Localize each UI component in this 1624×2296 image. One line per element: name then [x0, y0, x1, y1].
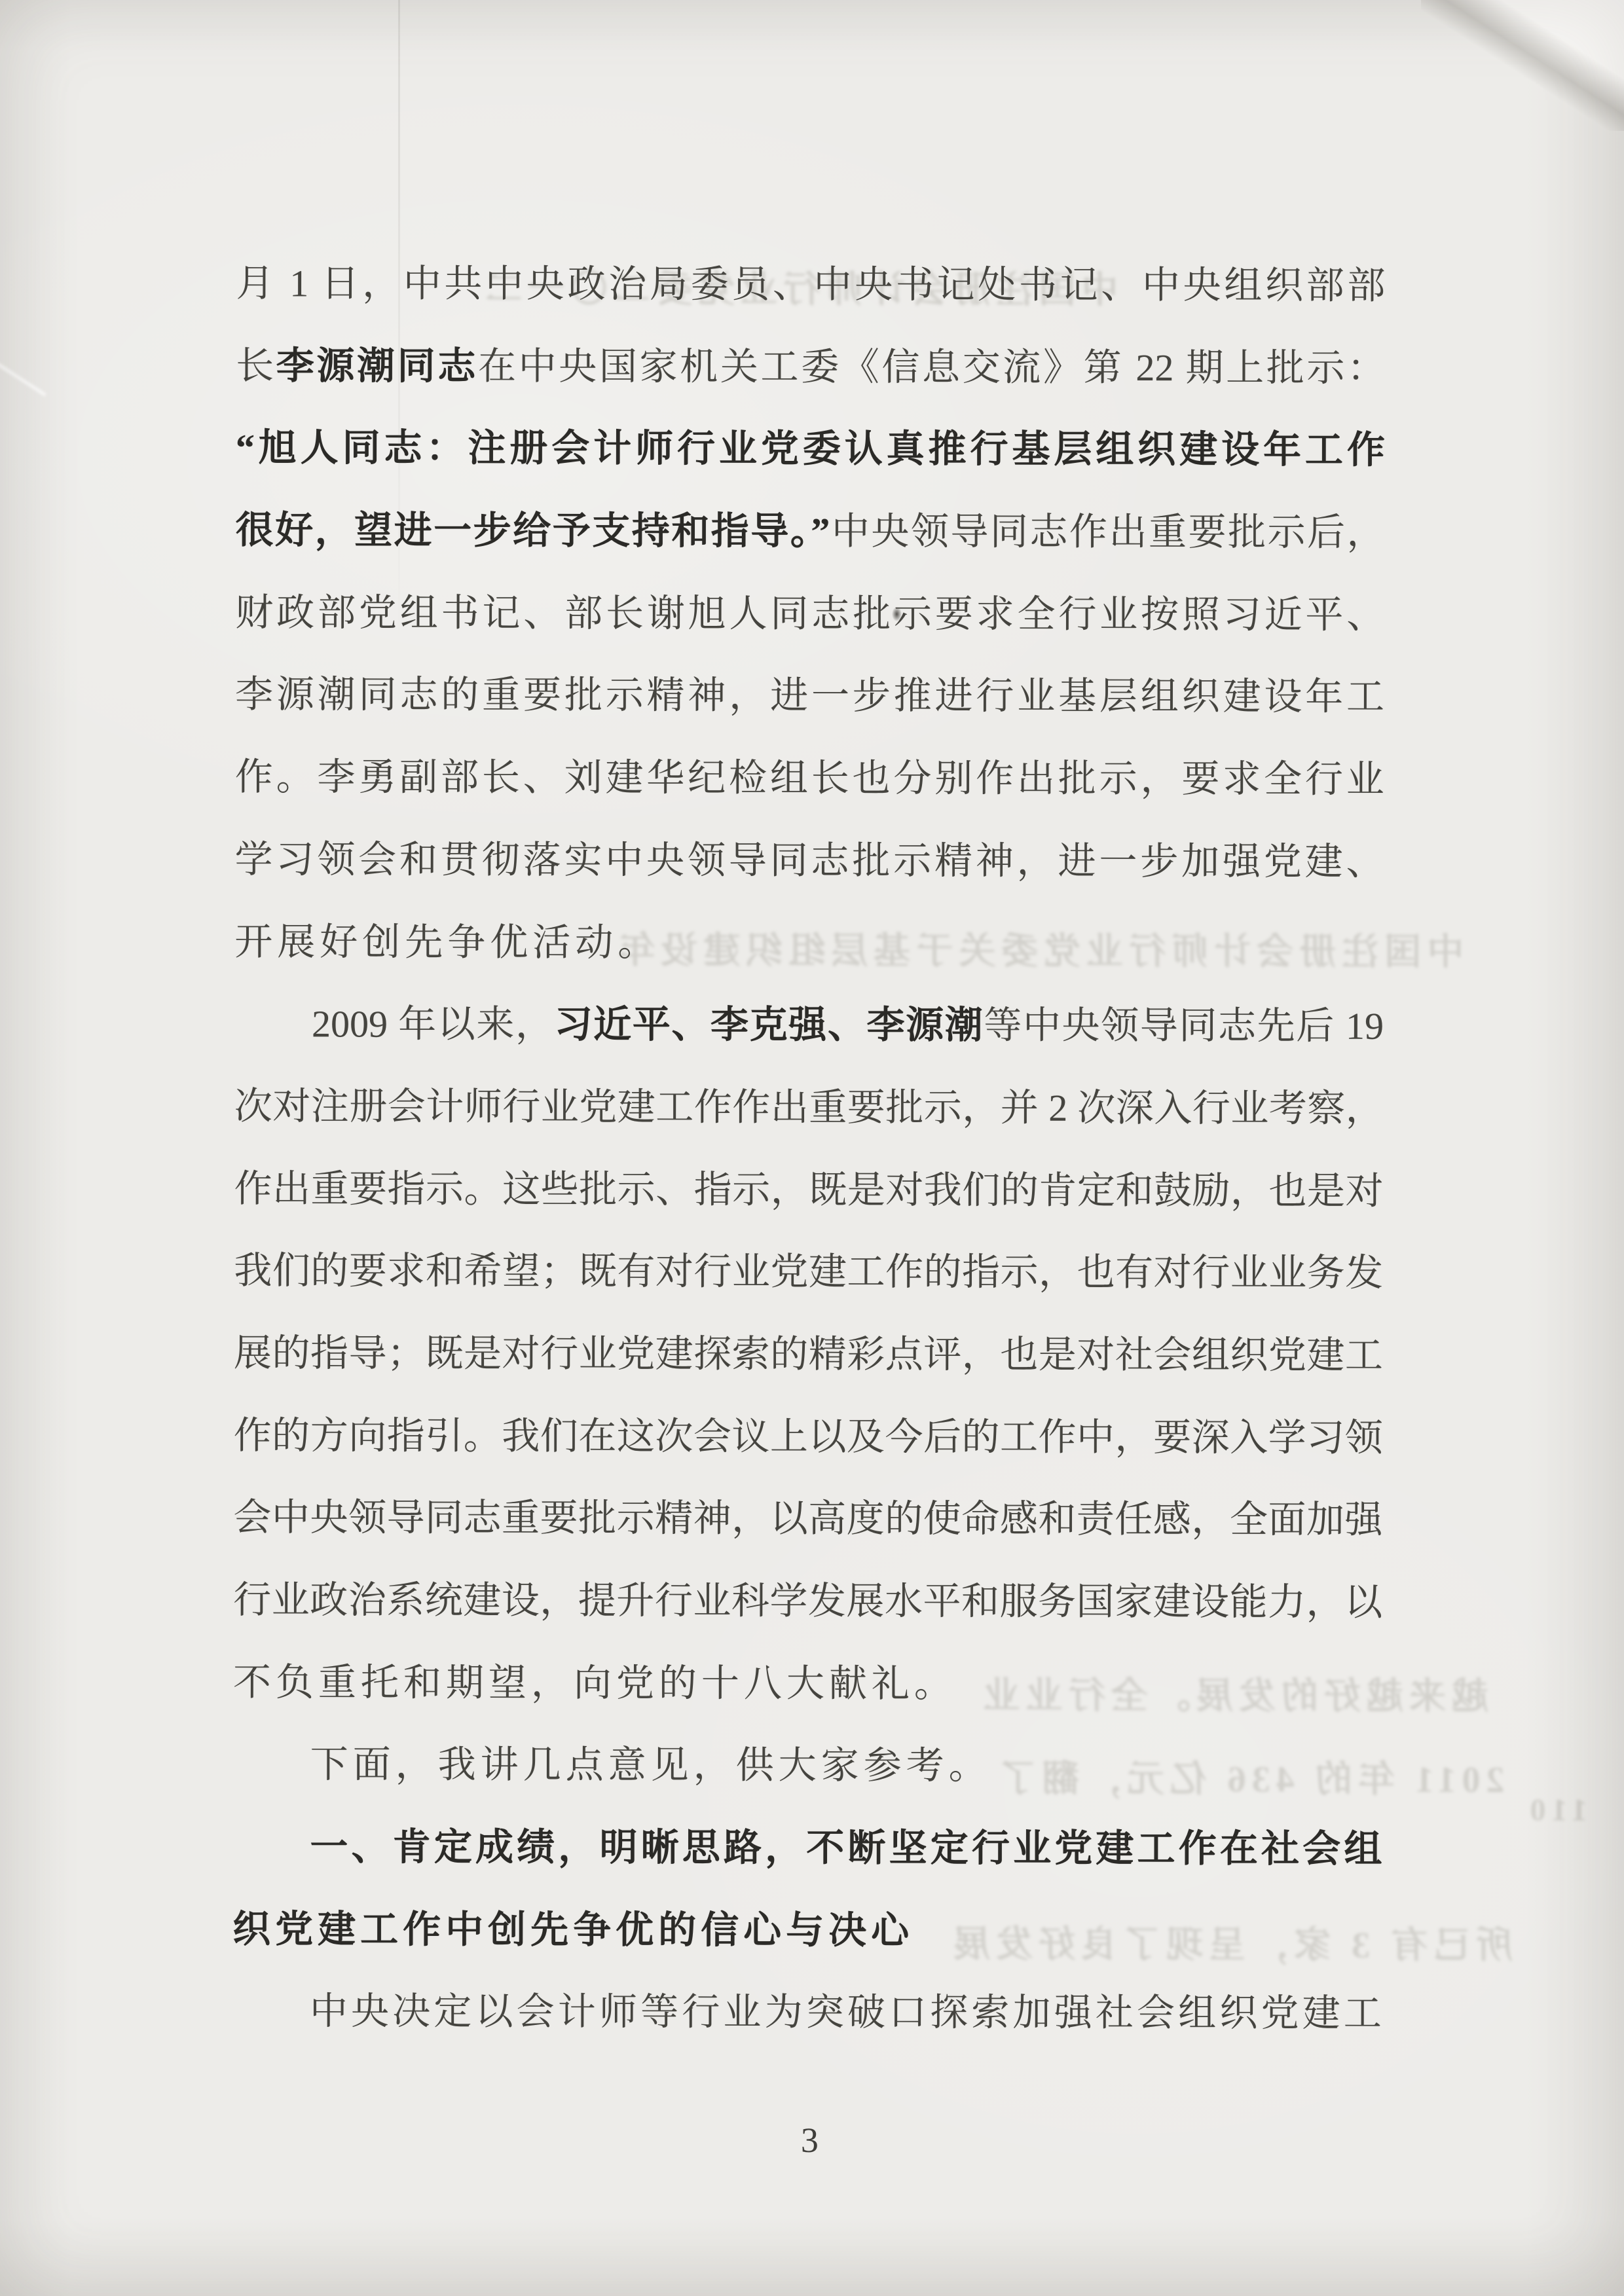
page-number: 3 [0, 2118, 1622, 2162]
text-line: 一、肯定成绩，明晰思路，不断坚定行业党建工作在社会组 [232, 1806, 1382, 1890]
text-line: 财政部党组书记、部长谢旭人同志批示要求全行业按照习近平、 [235, 572, 1384, 656]
text-line: 月 1 日，中共中央政治局委员、中央书记处书记、中央组织部部 [236, 242, 1385, 327]
text-segment: 开展好创先争优活动。 [234, 920, 660, 964]
text-segment: 月 1 日，中共中央政治局委员、中央书记处书记、中央组织部部 [236, 262, 1385, 307]
bleedthrough-layer: 中国注册会计师行业党委二〇一二中国注册会计师行业党委关于基层组织建设年越来越好的… [2, 0, 1624, 2]
text-line: 作出重要指示。这些批示、指示，既是对我们的肯定和鼓励，也是对 [234, 1148, 1383, 1232]
text-segment: 学习领会和贯彻落实中央领导同志批示精神，进一步加强党建、 [234, 838, 1384, 883]
bold-text-segment: 织党建工作中创先争优的信心与决心 [232, 1908, 913, 1952]
text-line: “旭人同志：注册会计师行业党委认真推行基层组织建设年工作 [236, 407, 1385, 492]
text-segment: 次对注册会计师行业党建工作作出重要批示，并 2 次深入行业考察， [234, 1085, 1384, 1130]
text-line: 不负重托和期望，向党的十八大献礼。 [233, 1641, 1382, 1726]
text-line: 行业政治系统建设，提升行业科学发展水平和服务国家建设能力，以 [233, 1559, 1382, 1643]
text-segment: 2009 年以来， [312, 1003, 555, 1046]
text-line: 作的方向指引。我们在这次会议上以及今后的工作中，要深入学习领 [234, 1394, 1383, 1479]
text-line: 我们的要求和希望；既有对行业党建工作的指示，也有对行业业务发 [234, 1230, 1383, 1314]
text-segment: 作出重要指示。这些批示、指示，既是对我们的肯定和鼓励，也是对 [234, 1167, 1383, 1212]
bold-text-segment: 很好，望进一步给予支持和指导。” [236, 509, 830, 553]
text-line: 会中央领导同志重要批示精神，以高度的使命感和责任感，全面加强 [233, 1476, 1382, 1561]
text-line: 学习领会和贯彻落实中央领导同志批示精神，进一步加强党建、 [234, 818, 1384, 903]
text-segment: 在中央国家机关工委《信息交流》第 22 期上批示： [478, 345, 1385, 390]
text-line: 中央决定以会计师等行业为突破口探索加强社会组织党建工 [232, 1971, 1382, 2055]
text-segment: 不负重托和期望，向党的十八大献礼。 [233, 1661, 957, 1705]
text-segment: 财政部党组书记、部长谢旭人同志批示要求全行业按照习近平、 [235, 591, 1384, 636]
text-line: 很好，望进一步给予支持和指导。”中央领导同志作出重要批示后， [235, 489, 1384, 574]
text-line: 李源潮同志的重要批示精神，进一步推进行业基层组织建设年工 [235, 654, 1384, 738]
document-text-layer: 中国注册会计师行业党委二〇一二中国注册会计师行业党委关于基层组织建设年越来越好的… [0, 0, 1624, 2296]
bold-text-segment: 一、肯定成绩，明晰思路，不断坚定行业党建工作在社会组 [310, 1825, 1382, 1870]
text-segment: 下面，我讲几点意见，供大家参考。 [310, 1743, 991, 1787]
text-segment: 我们的要求和希望；既有对行业党建工作的指示，也有对行业业务发 [234, 1249, 1383, 1294]
text-segment: 行业政治系统建设，提升行业科学发展水平和服务国家建设能力，以 [233, 1578, 1382, 1624]
text-line: 作。李勇副部长、刘建华纪检组长也分别作出批示，要求全行业 [235, 736, 1384, 820]
scanned-document-page: 中国注册会计师行业党委二〇一二中国注册会计师行业党委关于基层组织建设年越来越好的… [0, 0, 1624, 2296]
text-segment: 展的指导；既是对行业党建探索的精彩点评，也是对社会组织党建工 [234, 1332, 1383, 1377]
text-segment: 等中央领导同志先后 19 [984, 1004, 1384, 1048]
text-line: 开展好创先争优活动。 [234, 901, 1384, 985]
text-line: 下面，我讲几点意见，供大家参考。 [233, 1724, 1382, 1808]
text-line: 2009 年以来，习近平、李克强、李源潮等中央领导同志先后 19 [234, 983, 1384, 1067]
text-segment: 中央决定以会计师等行业为突破口探索加强社会组织党建工 [310, 1990, 1382, 2035]
text-segment: 作。李勇副部长、刘建华纪检组长也分别作出批示，要求全行业 [235, 756, 1384, 801]
text-segment: 会中央领导同志重要批示精神，以高度的使命感和责任感，全面加强 [233, 1496, 1382, 1541]
text-line: 织党建工作中创先争优的信心与决心 [232, 1888, 1382, 1973]
text-segment: 长 [236, 344, 276, 387]
text-segment: 作的方向指引。我们在这次会议上以及今后的工作中，要深入学习领 [234, 1414, 1383, 1459]
bold-text-segment: “旭人同志：注册会计师行业党委认真推行基层组织建设年工作 [236, 427, 1385, 472]
bold-text-segment: 李源潮同志 [276, 344, 478, 388]
bold-text-segment: 习近平、李克强、李源潮 [555, 1003, 984, 1046]
document-text-block: 月 1 日，中共中央政治局委员、中央书记处书记、中央组织部部长李源潮同志在中央国… [232, 242, 1386, 2055]
text-line: 次对注册会计师行业党建工作作出重要批示，并 2 次深入行业考察， [234, 1065, 1384, 1150]
text-line: 长李源潮同志在中央国家机关工委《信息交流》第 22 期上批示： [236, 325, 1385, 409]
text-segment: 中央领导同志作出重要批示后， [830, 510, 1384, 554]
bleedthrough-text: 110 [1524, 1792, 1587, 1828]
text-segment: 李源潮同志的重要批示精神，进一步推进行业基层组织建设年工 [235, 674, 1384, 719]
text-line: 展的指导；既是对行业党建探索的精彩点评，也是对社会组织党建工 [234, 1312, 1383, 1396]
ink-smudge [892, 607, 902, 621]
